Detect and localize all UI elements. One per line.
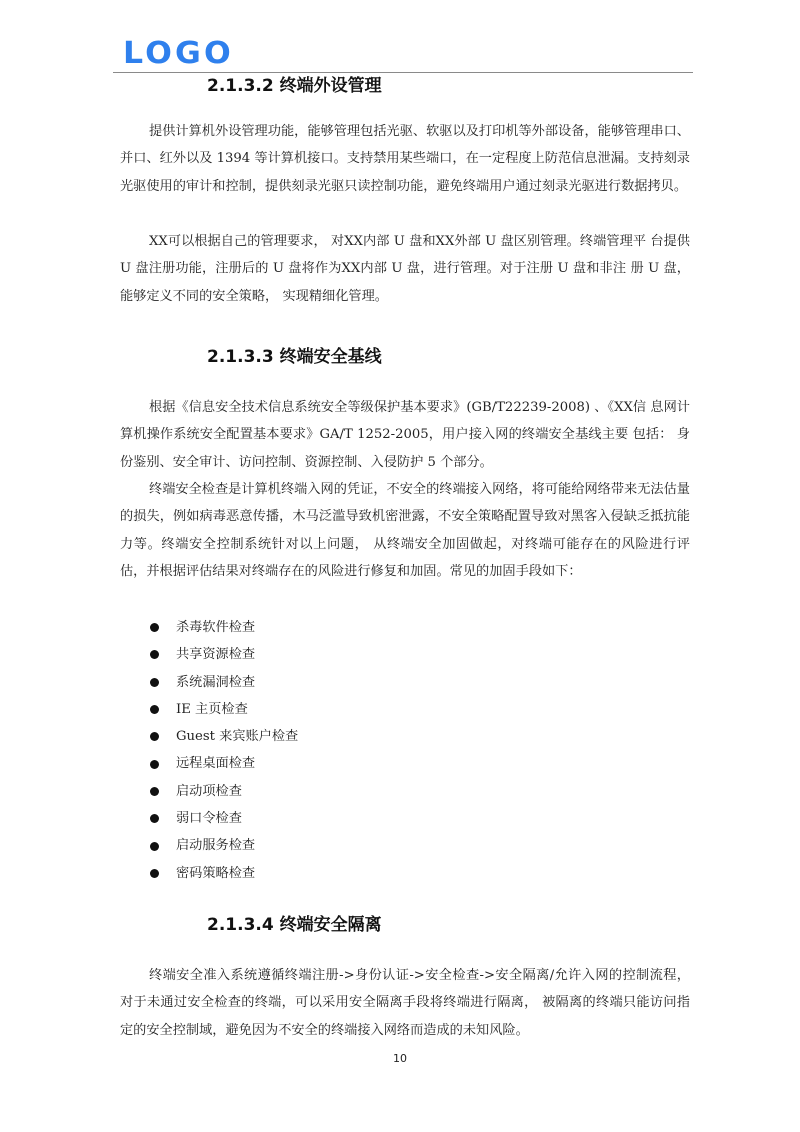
bullet-icon	[150, 814, 159, 823]
logo: LOGO	[123, 39, 234, 69]
list-item-label: Guest 来宾账户检查	[176, 723, 298, 750]
paragraph: 根据《信息安全技术信息系统安全等级保护基本要求》(GB/T22239-2008)…	[120, 394, 690, 476]
bullet-icon	[150, 678, 159, 687]
paragraph: 提供计算机外设管理功能，能够管理包括光驱、软驱以及打印机等外部设备，能够管理串口…	[120, 118, 690, 200]
list-item-label: 密码策略检查	[176, 860, 255, 887]
bullet-icon	[150, 787, 159, 796]
list-item-label: 系统漏洞检查	[176, 669, 255, 696]
paragraph: XX可以根据自己的管理要求， 对XX内部 U 盘和XX外部 U 盘区别管理。终端…	[120, 228, 690, 310]
bullet-icon	[150, 842, 159, 851]
paragraph: 终端安全准入系统遵循终端注册->身份认证->安全检查->安全隔离/允许入网的控制…	[120, 962, 690, 1044]
list-item: 杀毒软件检查	[150, 614, 298, 641]
bullet-icon	[150, 732, 159, 741]
list-item-label: 弱口令检查	[176, 805, 242, 832]
list-item: 启动项检查	[150, 778, 298, 805]
list-item: 远程桌面检查	[150, 750, 298, 777]
list-item-label: 杀毒软件检查	[176, 614, 255, 641]
list-item: 系统漏洞检查	[150, 669, 298, 696]
page-number: 10	[0, 1052, 800, 1065]
list-item: 共享资源检查	[150, 641, 298, 668]
list-item-label: IE 主页检查	[176, 696, 248, 723]
list-item: Guest 来宾账户检查	[150, 723, 298, 750]
list-item: 密码策略检查	[150, 860, 298, 887]
bullet-icon	[150, 869, 159, 878]
list-item-label: 共享资源检查	[176, 641, 255, 668]
list-item-label: 远程桌面检查	[176, 750, 255, 777]
list-item-label: 启动服务检查	[176, 832, 255, 859]
bullet-icon	[150, 650, 159, 659]
hardening-checks-list: 杀毒软件检查 共享资源检查 系统漏洞检查 IE 主页检查 Guest 来宾账户检…	[150, 614, 298, 887]
paragraph: 终端安全检查是计算机终端入网的凭证，不安全的终端接入网络，将可能给网络带来无法估…	[120, 476, 690, 585]
list-item-label: 启动项检查	[176, 778, 242, 805]
bullet-icon	[150, 623, 159, 632]
section-heading-2-1-3-3: 2.1.3.3 终端安全基线	[207, 346, 382, 368]
section-heading-2-1-3-4: 2.1.3.4 终端安全隔离	[207, 914, 382, 936]
list-item: 启动服务检查	[150, 832, 298, 859]
bullet-icon	[150, 705, 159, 714]
list-item: 弱口令检查	[150, 805, 298, 832]
list-item: IE 主页检查	[150, 696, 298, 723]
bullet-icon	[150, 760, 159, 769]
section-heading-2-1-3-2: 2.1.3.2 终端外设管理	[207, 75, 382, 97]
header-divider	[113, 72, 693, 73]
